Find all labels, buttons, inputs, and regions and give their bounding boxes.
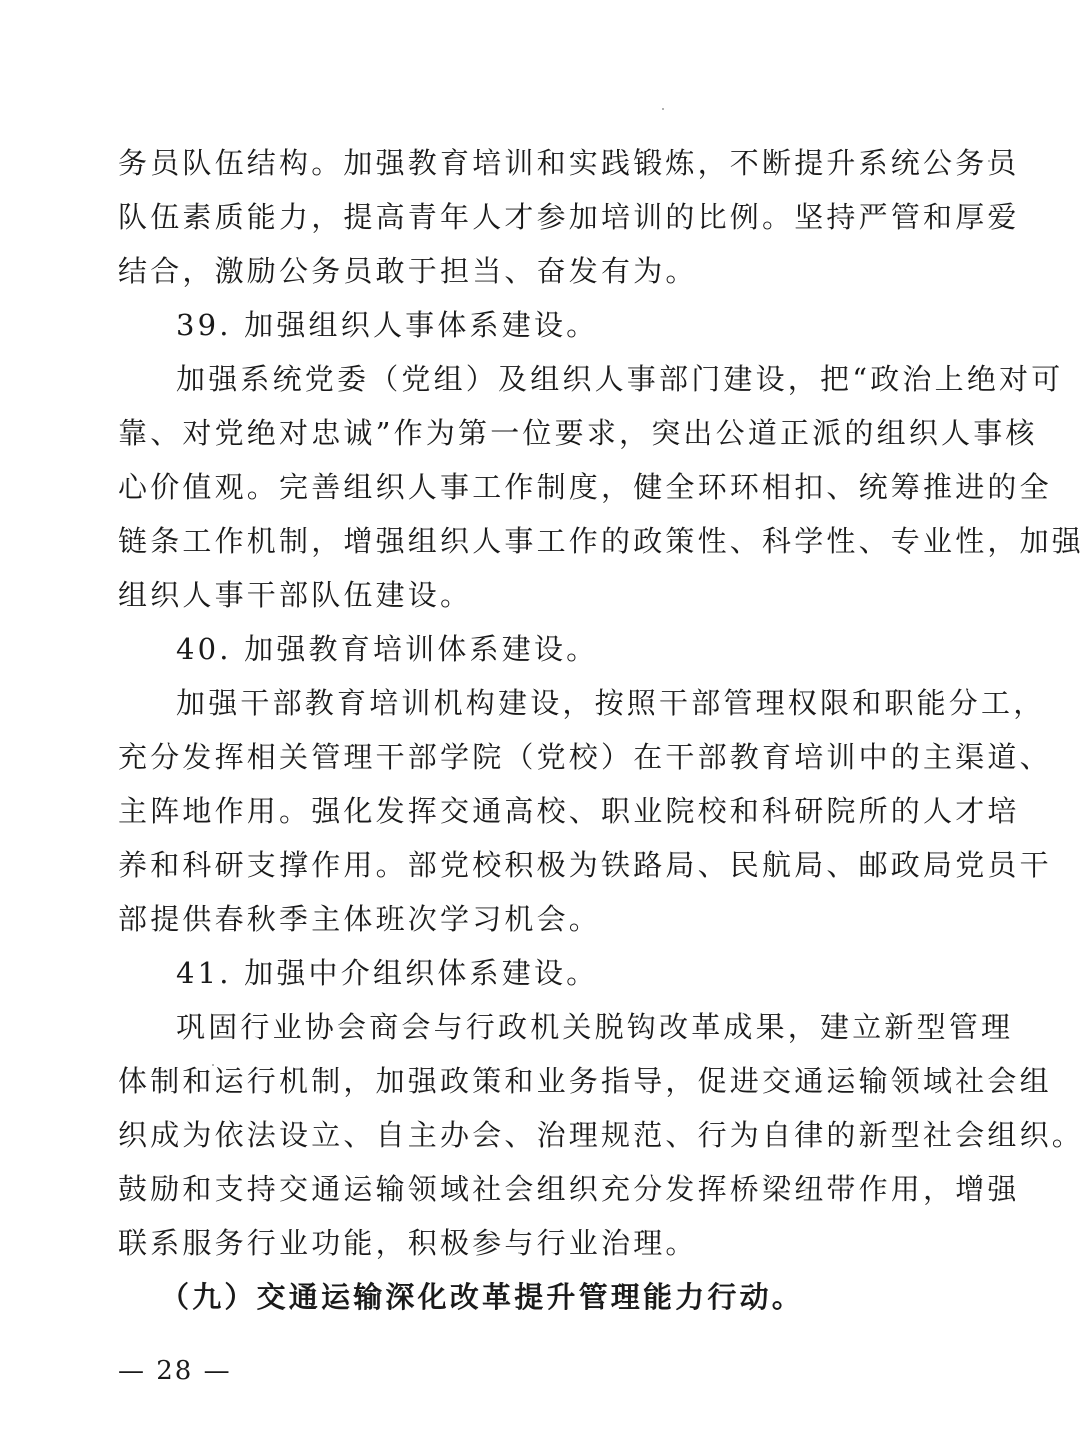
paragraph-line: 组织人事干部队伍建设。 <box>118 575 938 615</box>
paragraph-line: 养和科研支撑作用。部党校积极为铁路局、民航局、邮政局党员干 <box>118 845 938 885</box>
paragraph-line: 部提供春秋季主体班次学习机会。 <box>118 899 938 939</box>
paragraph-line: 务员队伍结构。加强教育培训和实践锻炼，不断提升系统公务员 <box>118 143 938 183</box>
paragraph-line: 充分发挥相关管理干部学院（党校）在干部教育培训中的主渠道、 <box>118 737 938 777</box>
document-page: 务员队伍结构。加强教育培训和实践锻炼，不断提升系统公务员 队伍素质能力，提高青年… <box>0 0 1080 1455</box>
paragraph-line: 巩固行业协会商会与行政机关脱钩改革成果，建立新型管理 <box>176 1007 938 1047</box>
section-heading-39: 39. 加强组织人事体系建设。 <box>176 305 938 345</box>
scan-speck <box>662 108 664 110</box>
paragraph-line: 队伍素质能力，提高青年人才参加培训的比例。坚持严管和厚爱 <box>118 197 938 237</box>
scan-speck <box>212 1064 214 1066</box>
paragraph-line: 体制和运行机制，加强政策和业务指导，促进交通运输领域社会组 <box>118 1061 938 1101</box>
paragraph-line: 鼓励和支持交通运输领域社会组织充分发挥桥梁纽带作用，增强 <box>118 1169 938 1209</box>
paragraph-line: 链条工作机制，增强组织人事工作的政策性、科学性、专业性，加强 <box>118 521 938 561</box>
paragraph-line: 联系服务行业功能，积极参与行业治理。 <box>118 1223 938 1263</box>
section-heading-40: 40. 加强教育培训体系建设。 <box>176 629 938 669</box>
paragraph-line: 心价值观。完善组织人事工作制度，健全环环相扣、统筹推进的全 <box>118 467 938 507</box>
paragraph-line: 加强系统党委（党组）及组织人事部门建设，把“政治上绝对可 <box>176 359 938 399</box>
paragraph-line: 主阵地作用。强化发挥交通高校、职业院校和科研院所的人才培 <box>118 791 938 831</box>
paragraph-line: 加强干部教育培训机构建设，按照干部管理权限和职能分工， <box>176 683 938 723</box>
paragraph-line: 结合，激励公务员敢于担当、奋发有为。 <box>118 251 938 291</box>
scan-speck <box>988 160 990 162</box>
section-heading-9: （九）交通运输深化改革提升管理能力行动。 <box>160 1277 922 1317</box>
section-heading-41: 41. 加强中介组织体系建设。 <box>176 953 938 993</box>
paragraph-line: 靠、对党绝对忠诚”作为第一位要求，突出公道正派的组织人事核 <box>118 413 938 453</box>
paragraph-line: 织成为依法设立、自主办会、治理规范、行为自律的新型社会组织。 <box>118 1115 938 1155</box>
page-number: — 28 — <box>118 1354 232 1388</box>
